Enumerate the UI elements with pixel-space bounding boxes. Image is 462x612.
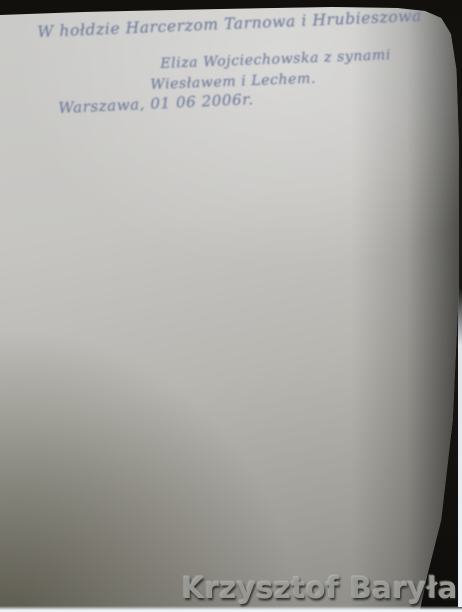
page-stack-edge-bottom — [0, 606, 462, 612]
photographer-watermark: Krzysztof Baryła — [182, 571, 458, 605]
page-stack-edge-right — [458, 288, 462, 607]
guestbook-page-photo: W hołdzie Harcerzom Tarnowa i Hrubieszow… — [0, 0, 462, 612]
